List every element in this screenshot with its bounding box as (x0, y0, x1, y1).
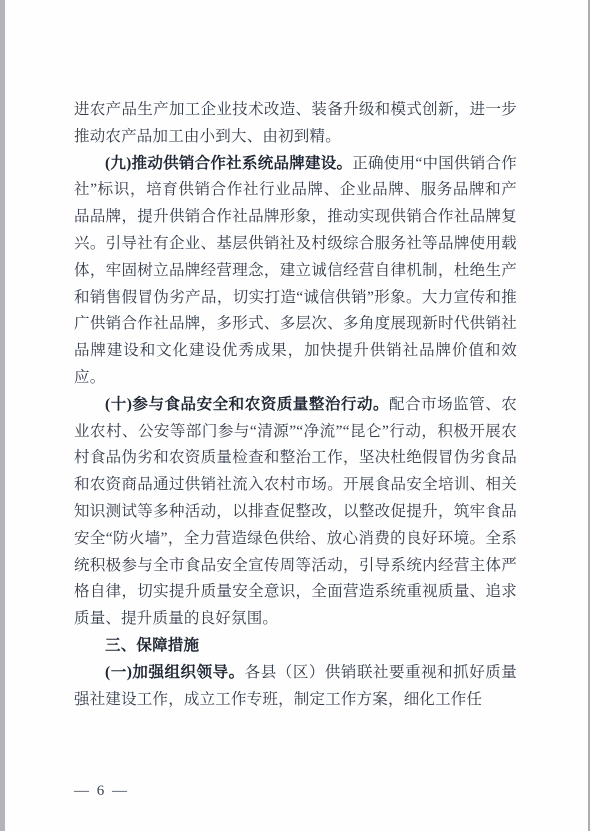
scan-right-edge-line (588, 0, 590, 831)
scanned-document-page: { "document": { "paragraphs": [ { "type"… (0, 0, 592, 831)
document-text-column: 进农产品生产加工企业技术改造、装备升级和模式创新，进一步推动农产品加工由小到大、… (74, 97, 517, 713)
paragraph-item-9: (九)推动供销合作社系统品牌建设。正确使用“中国供销合作社”标识，培育供销合作社… (74, 151, 517, 392)
paragraph-continuation: 进农产品生产加工企业技术改造、装备升级和模式创新，进一步推动农产品加工由小到大、… (74, 97, 517, 151)
paragraph-item-1-lead: (一)加强组织领导。 (105, 664, 245, 681)
paragraph-item-10-body: 配合市场监管、农业农村、公安等部门参与“清源”“净流”“昆仑”行动，积极开展农村… (74, 396, 517, 627)
scan-left-edge-shadow (0, 0, 5, 831)
paragraph-item-9-body: 正确使用“中国供销合作社”标识，培育供销合作社行业品牌、企业品牌、服务品牌和产品… (74, 155, 517, 386)
paragraph-item-9-lead: (九)推动供销合作社系统品牌建设。 (105, 155, 352, 172)
paragraph-item-10-lead: (十)参与食品安全和农资质量整治行动。 (105, 396, 389, 413)
section-heading-3: 三、保障措施 (74, 633, 517, 660)
paragraph-item-10: (十)参与食品安全和农资质量整治行动。配合市场监管、农业农村、公安等部门参与“清… (74, 392, 517, 633)
page-number: — 6 — (74, 781, 129, 801)
paragraph-item-1: (一)加强组织领导。各县（区）供销联社要重视和抓好质量强社建设工作，成立工作专班… (74, 660, 517, 714)
